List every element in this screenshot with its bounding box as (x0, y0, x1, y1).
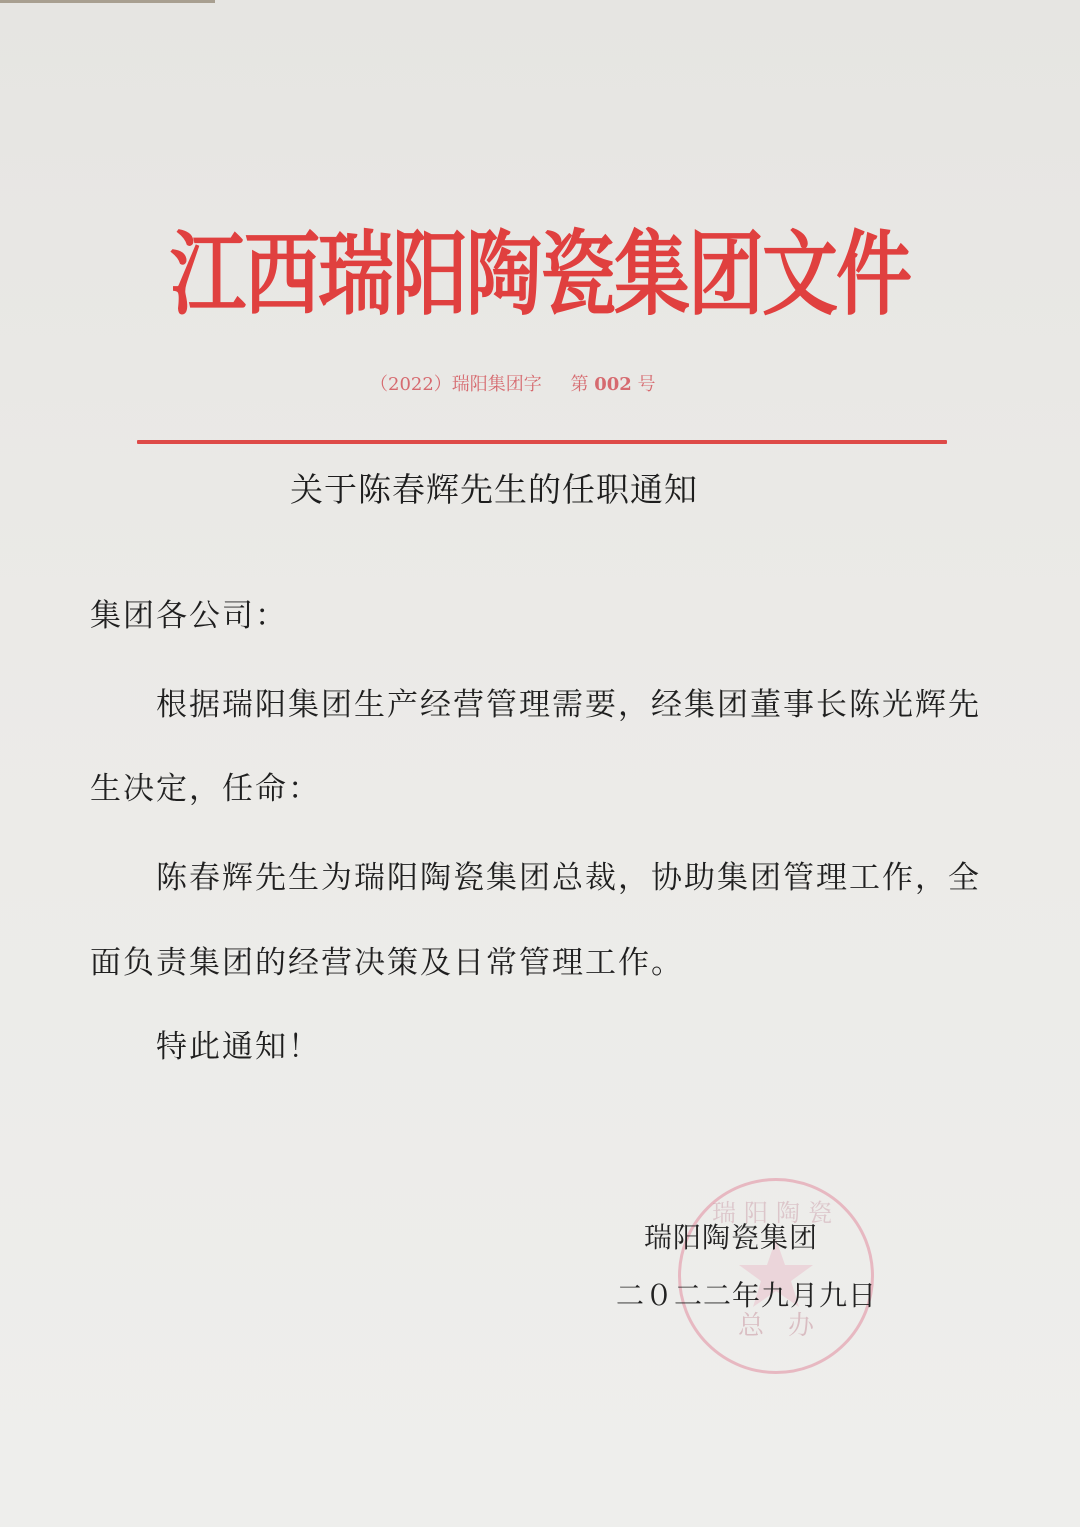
paragraph-2-line-1: 陈春辉先生为瑞阳陶瓷集团总裁，协助集团管理工作，全 (156, 856, 981, 900)
paragraph-1-line-2: 生决定，任命： (90, 767, 321, 811)
notice-title: 关于陈春辉先生的任职通知 (290, 462, 790, 518)
document-number: （2022）瑞阳集团字 第 002 号 (370, 370, 656, 400)
doc-number-prefix: （2022）瑞阳集团字 (370, 374, 542, 395)
closing-line: 特此通知！ (156, 1025, 321, 1069)
masthead-title: 江西瑞阳陶瓷集团文件 (170, 203, 930, 347)
salutation: 集团各公司： (90, 594, 288, 638)
doc-number-hao: 号 (638, 374, 656, 395)
red-divider-line (137, 440, 947, 444)
doc-number-value: 002 (594, 374, 632, 395)
document-page: 江西瑞阳陶瓷集团文件 （2022）瑞阳集团字 第 002 号 关于陈春辉先生的任… (0, 0, 1080, 1527)
paper-edge (0, 0, 215, 3)
signature-organization: 瑞阳陶瓷集团 (644, 1218, 818, 1258)
doc-number-di: 第 (570, 374, 588, 395)
issue-date: 二０二二年九月九日 (616, 1276, 877, 1316)
paragraph-2-line-2: 面负责集团的经营决策及日常管理工作。 (90, 941, 684, 985)
paragraph-1-line-1: 根据瑞阳集团生产经营管理需要，经集团董事长陈光辉先 (156, 683, 981, 727)
